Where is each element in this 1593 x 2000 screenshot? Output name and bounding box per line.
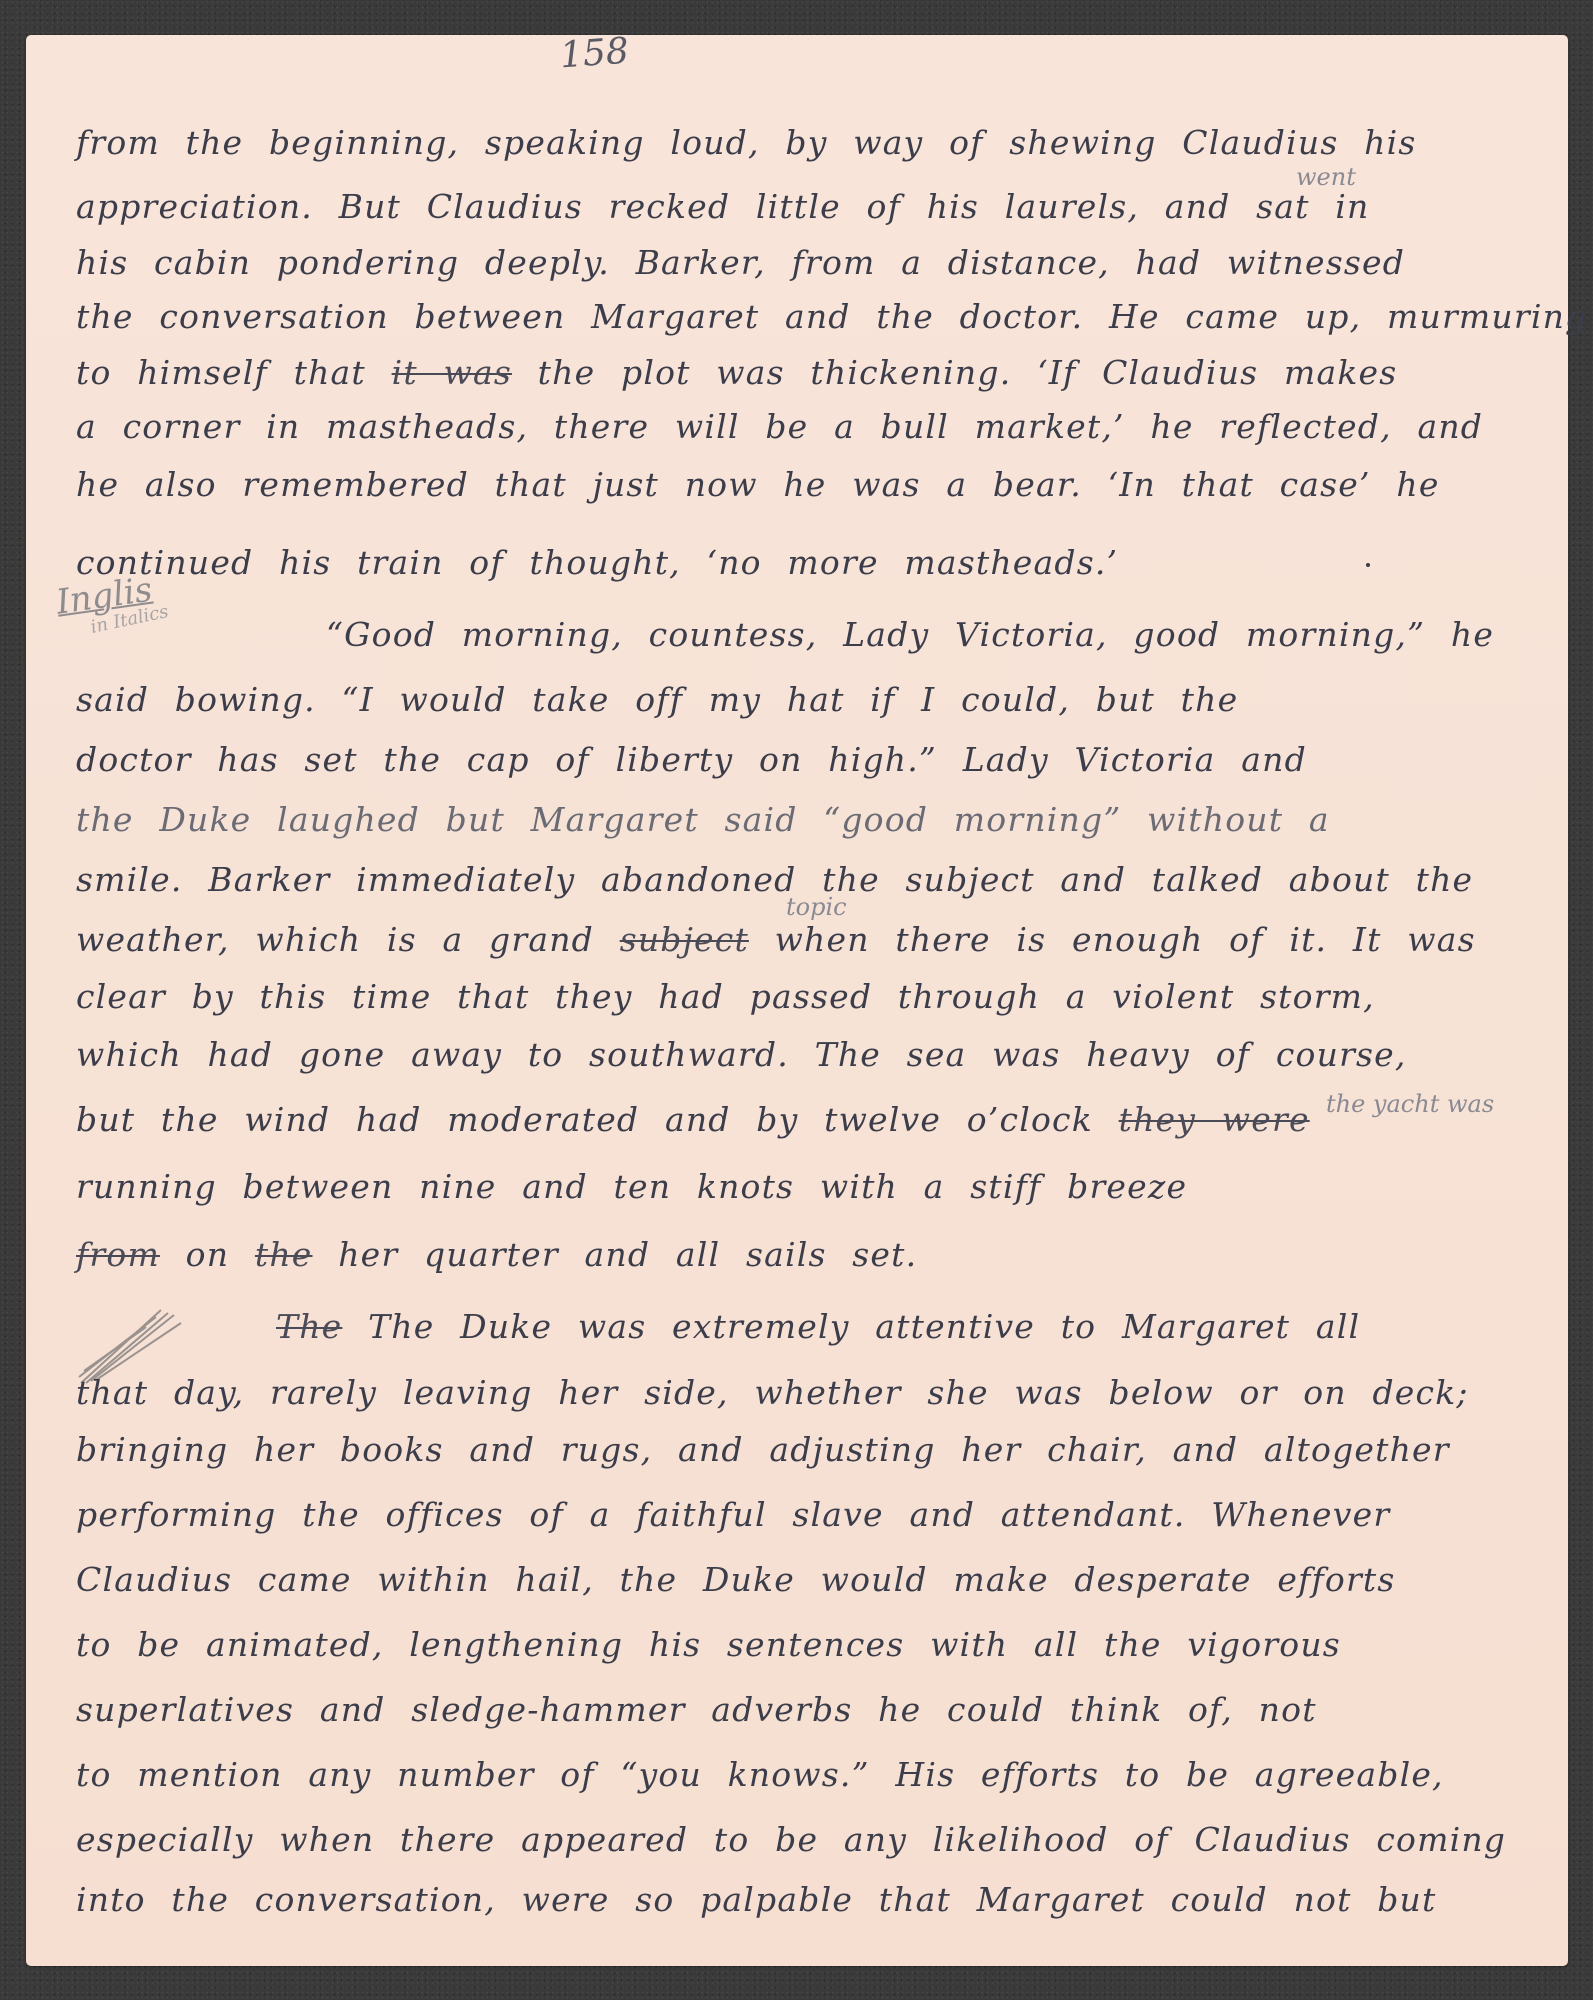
- line-text: weather, which is a grand: [76, 920, 620, 959]
- manuscript-line: but the wind had moderated and by twelve…: [76, 1100, 1538, 1139]
- manuscript-line: superlatives and sledge-hammer adverbs h…: [76, 1690, 1538, 1729]
- line-text: the plot was thickening. ‘If Claudius ma…: [512, 353, 1397, 392]
- manuscript-line: he also remembered that just now he was …: [76, 465, 1538, 504]
- struck-text: from: [76, 1235, 160, 1274]
- struck-text: it was: [392, 353, 512, 392]
- insertion-topic: topic: [786, 893, 847, 921]
- line-text: The Duke was extremely attentive to Marg…: [342, 1307, 1360, 1346]
- manuscript-line: from the beginning, speaking loud, by wa…: [76, 123, 1538, 162]
- manuscript-line: that day, rarely leaving her side, wheth…: [76, 1373, 1538, 1412]
- struck-text: they were: [1119, 1100, 1310, 1139]
- page-number: 158: [559, 31, 630, 77]
- manuscript-line: from on the her quarter and all sails se…: [76, 1235, 1538, 1274]
- manuscript-line: Claudius came within hail, the Duke woul…: [76, 1560, 1538, 1599]
- manuscript-line: especially when there appeared to be any…: [76, 1820, 1538, 1859]
- line-text: but the wind had moderated and by twelve…: [76, 1100, 1119, 1139]
- line-text: on: [160, 1235, 255, 1274]
- manuscript-line: into the conversation, were so palpable …: [76, 1880, 1538, 1919]
- manuscript-line: doctor has set the cap of liberty on hig…: [76, 740, 1538, 779]
- manuscript-line: appreciation. But Claudius recked little…: [76, 187, 1538, 226]
- manuscript-line: “Good morning, countess, Lady Victoria, …: [126, 615, 1538, 654]
- line-text: when there is enough of it. It was: [749, 920, 1476, 959]
- manuscript-line: to be animated, lengthening his sentence…: [76, 1625, 1538, 1664]
- manuscript-line: running between nine and ten knots with …: [76, 1167, 1538, 1206]
- manuscript-page: 158 from the beginning, speaking loud, b…: [26, 35, 1568, 1966]
- manuscript-line: said bowing. “I would take off my hat if…: [76, 680, 1538, 719]
- manuscript-line: the Duke laughed but Margaret said “good…: [76, 800, 1538, 839]
- struck-text: the: [255, 1235, 313, 1274]
- manuscript-line: continued his train of thought, ‘no more…: [76, 543, 1538, 582]
- line-text: her quarter and all sails set.: [313, 1235, 918, 1274]
- manuscript-line: which had gone away to southward. The se…: [76, 1035, 1538, 1074]
- manuscript-line: to mention any number of “you knows.” Hi…: [76, 1755, 1538, 1794]
- line-text: to himself that: [76, 353, 392, 392]
- struck-text: The: [276, 1307, 342, 1346]
- manuscript-line: The The Duke was extremely attentive to …: [276, 1307, 1538, 1346]
- manuscript-line: his cabin pondering deeply. Barker, from…: [76, 243, 1538, 282]
- manuscript-line: a corner in mastheads, there will be a b…: [76, 407, 1538, 446]
- manuscript-line: to himself that it was the plot was thic…: [76, 353, 1538, 392]
- manuscript-line: clear by this time that they had passed …: [76, 977, 1538, 1016]
- ink-dot: [1366, 563, 1370, 567]
- manuscript-line: bringing her books and rugs, and adjusti…: [76, 1430, 1538, 1469]
- manuscript-line: performing the offices of a faithful sla…: [76, 1495, 1538, 1534]
- struck-text: subject: [620, 920, 749, 959]
- manuscript-line: weather, which is a grand subject when t…: [76, 920, 1538, 959]
- manuscript-line: the conversation between Margaret and th…: [76, 297, 1538, 336]
